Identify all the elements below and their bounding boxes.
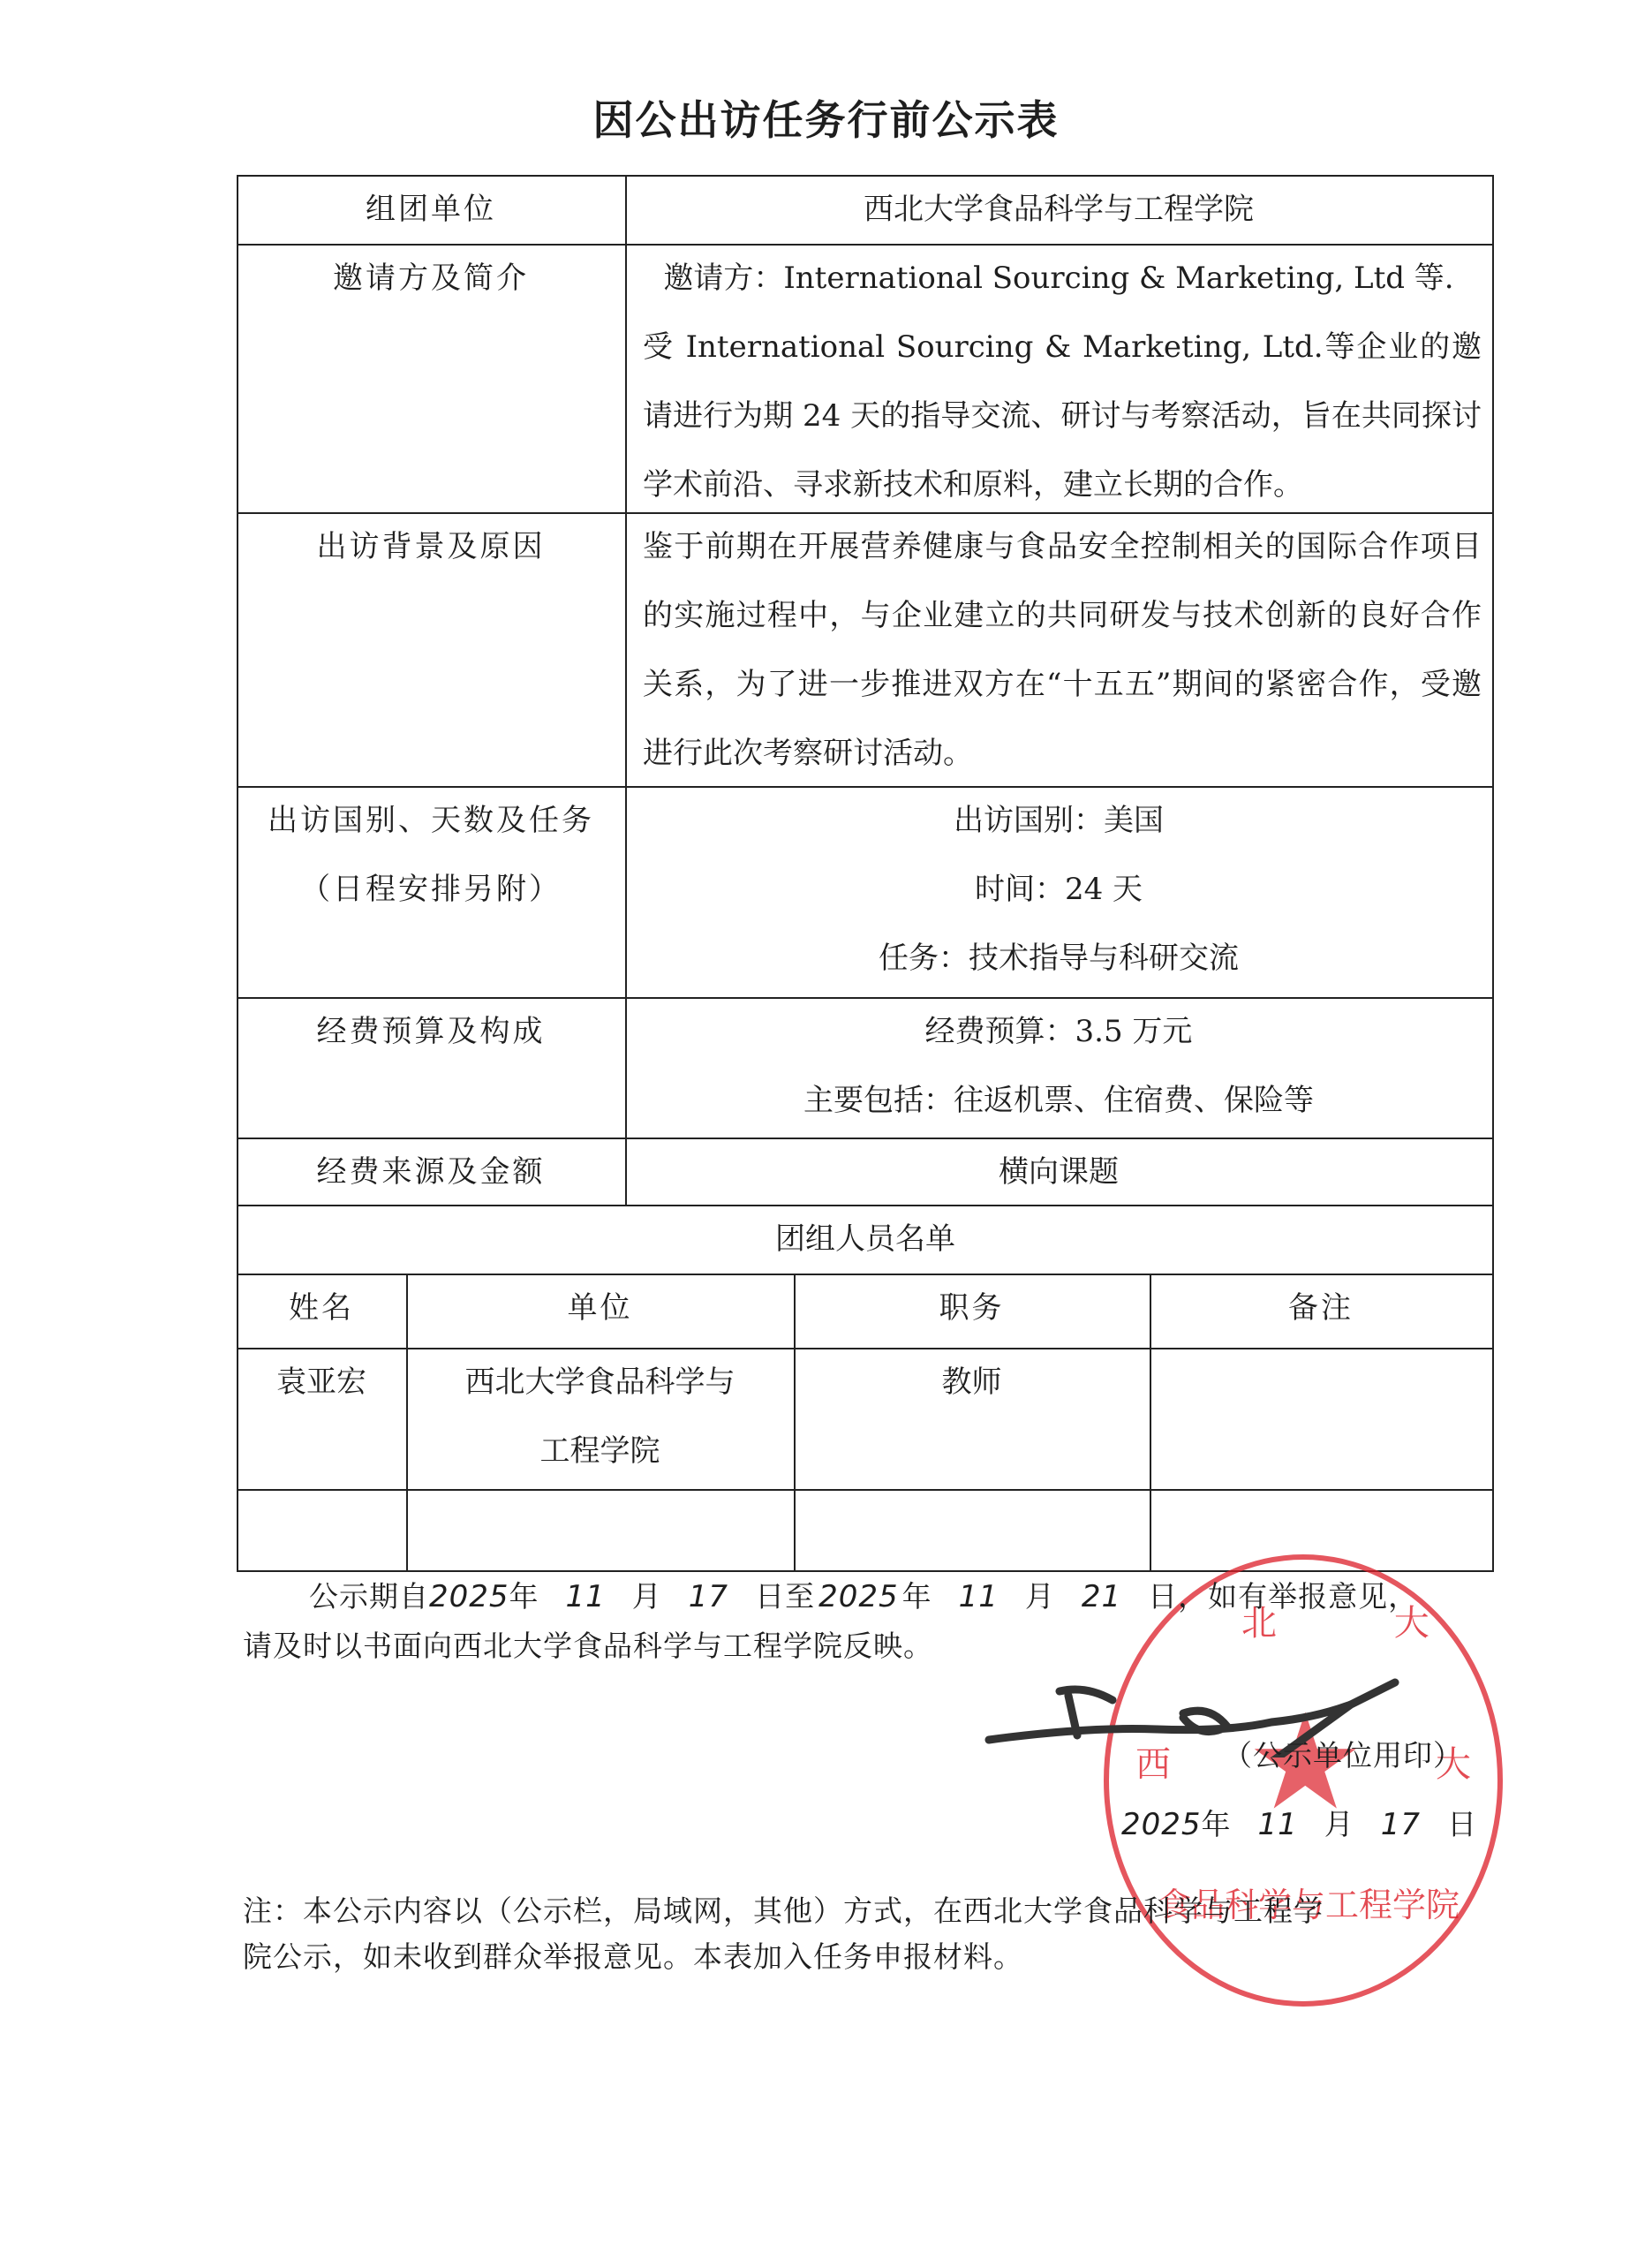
sign-month-char: 月 [1324,1807,1354,1841]
footnote-line1: 注：本公示内容以（公示栏，局域网，其他）方式，在西北大学食品科学与工程学 [243,1888,1324,1930]
end-day: 21 [1055,1579,1148,1614]
col-header-position: 职务 [794,1274,1150,1342]
funding-label: 经费来源及金额 [237,1138,625,1206]
budget-composition: 主要包括：往返机票、住宿费、保险等 [625,1066,1492,1135]
end-year: 2025 [815,1579,902,1614]
end-month: 11 [932,1579,1025,1614]
start-year: 2025 [429,1579,509,1614]
day-to: 日至 [755,1579,815,1614]
notice-line2: 请及时以书面向西北大学食品科学与工程学院反映。 [243,1623,933,1665]
funding-value: 横向课题 [625,1138,1492,1206]
itinerary-country: 出访国别：美国 [625,786,1492,855]
year-char-2: 年 [902,1579,932,1614]
sign-date: 2025年11月17日 [1121,1802,1477,1843]
background-label: 出访背景及原因 [237,512,625,581]
inviter-line1: 邀请方：International Sourcing & Marketing, … [625,244,1492,313]
inviter-description: 受 International Sourcing & Marketing, Lt… [625,313,1482,519]
member-position: 教师 [794,1348,1150,1417]
official-seal: 北 大 西 大 ★ 食品科学与工程学院 [1104,1554,1503,2007]
organizer-value: 西北大学食品科学与工程学院 [625,175,1492,244]
seal-caption: （公示单位用印） [1223,1733,1463,1774]
col-header-remark: 备注 [1150,1274,1492,1342]
sign-month: 11 [1232,1807,1324,1842]
member-unit-line1: 西北大学食品科学与 [406,1348,794,1417]
member-name: 袁亚宏 [237,1348,406,1417]
inviter-label: 邀请方及简介 [237,244,625,313]
footnote-line2: 院公示，如未收到群众举报意见。本表加入任务申报材料。 [243,1934,1023,1976]
sign-day-char: 日 [1447,1807,1477,1841]
start-month: 11 [539,1579,632,1614]
sign-year: 2025 [1121,1807,1202,1842]
sign-year-char: 年 [1202,1807,1232,1841]
page-title: 因公出访任务行前公示表 [0,88,1652,147]
itinerary-sublabel: （日程安排另附） [237,855,625,924]
budget-amount: 经费预算：3.5 万元 [625,997,1492,1066]
col-header-name: 姓名 [237,1274,406,1342]
notice-suffix: 日，如有举报意见， [1148,1579,1418,1614]
members-heading: 团组人员名单 [237,1205,1494,1274]
budget-label: 经费预算及构成 [237,997,625,1066]
background-description: 鉴于前期在开展营养健康与食品安全控制相关的国际合作项目的实施过程中，与企业建立的… [625,512,1482,788]
sign-day: 17 [1354,1807,1447,1842]
col-header-unit: 单位 [406,1274,794,1342]
itinerary-label: 出访国别、天数及任务 [237,786,625,855]
organizer-label: 组团单位 [237,175,625,244]
notice-period: 公示期自2025年11月17日至2025年11月21日，如有举报意见， [309,1574,1418,1615]
month-char-2: 月 [1025,1579,1055,1614]
itinerary-duration: 时间：24 天 [625,855,1492,924]
month-char: 月 [632,1579,662,1614]
member-unit-line2: 工程学院 [406,1417,794,1485]
notice-prefix: 公示期自 [309,1579,429,1614]
start-day: 17 [662,1579,755,1614]
year-char: 年 [509,1579,539,1614]
itinerary-task: 任务：技术指导与科研交流 [625,924,1492,993]
